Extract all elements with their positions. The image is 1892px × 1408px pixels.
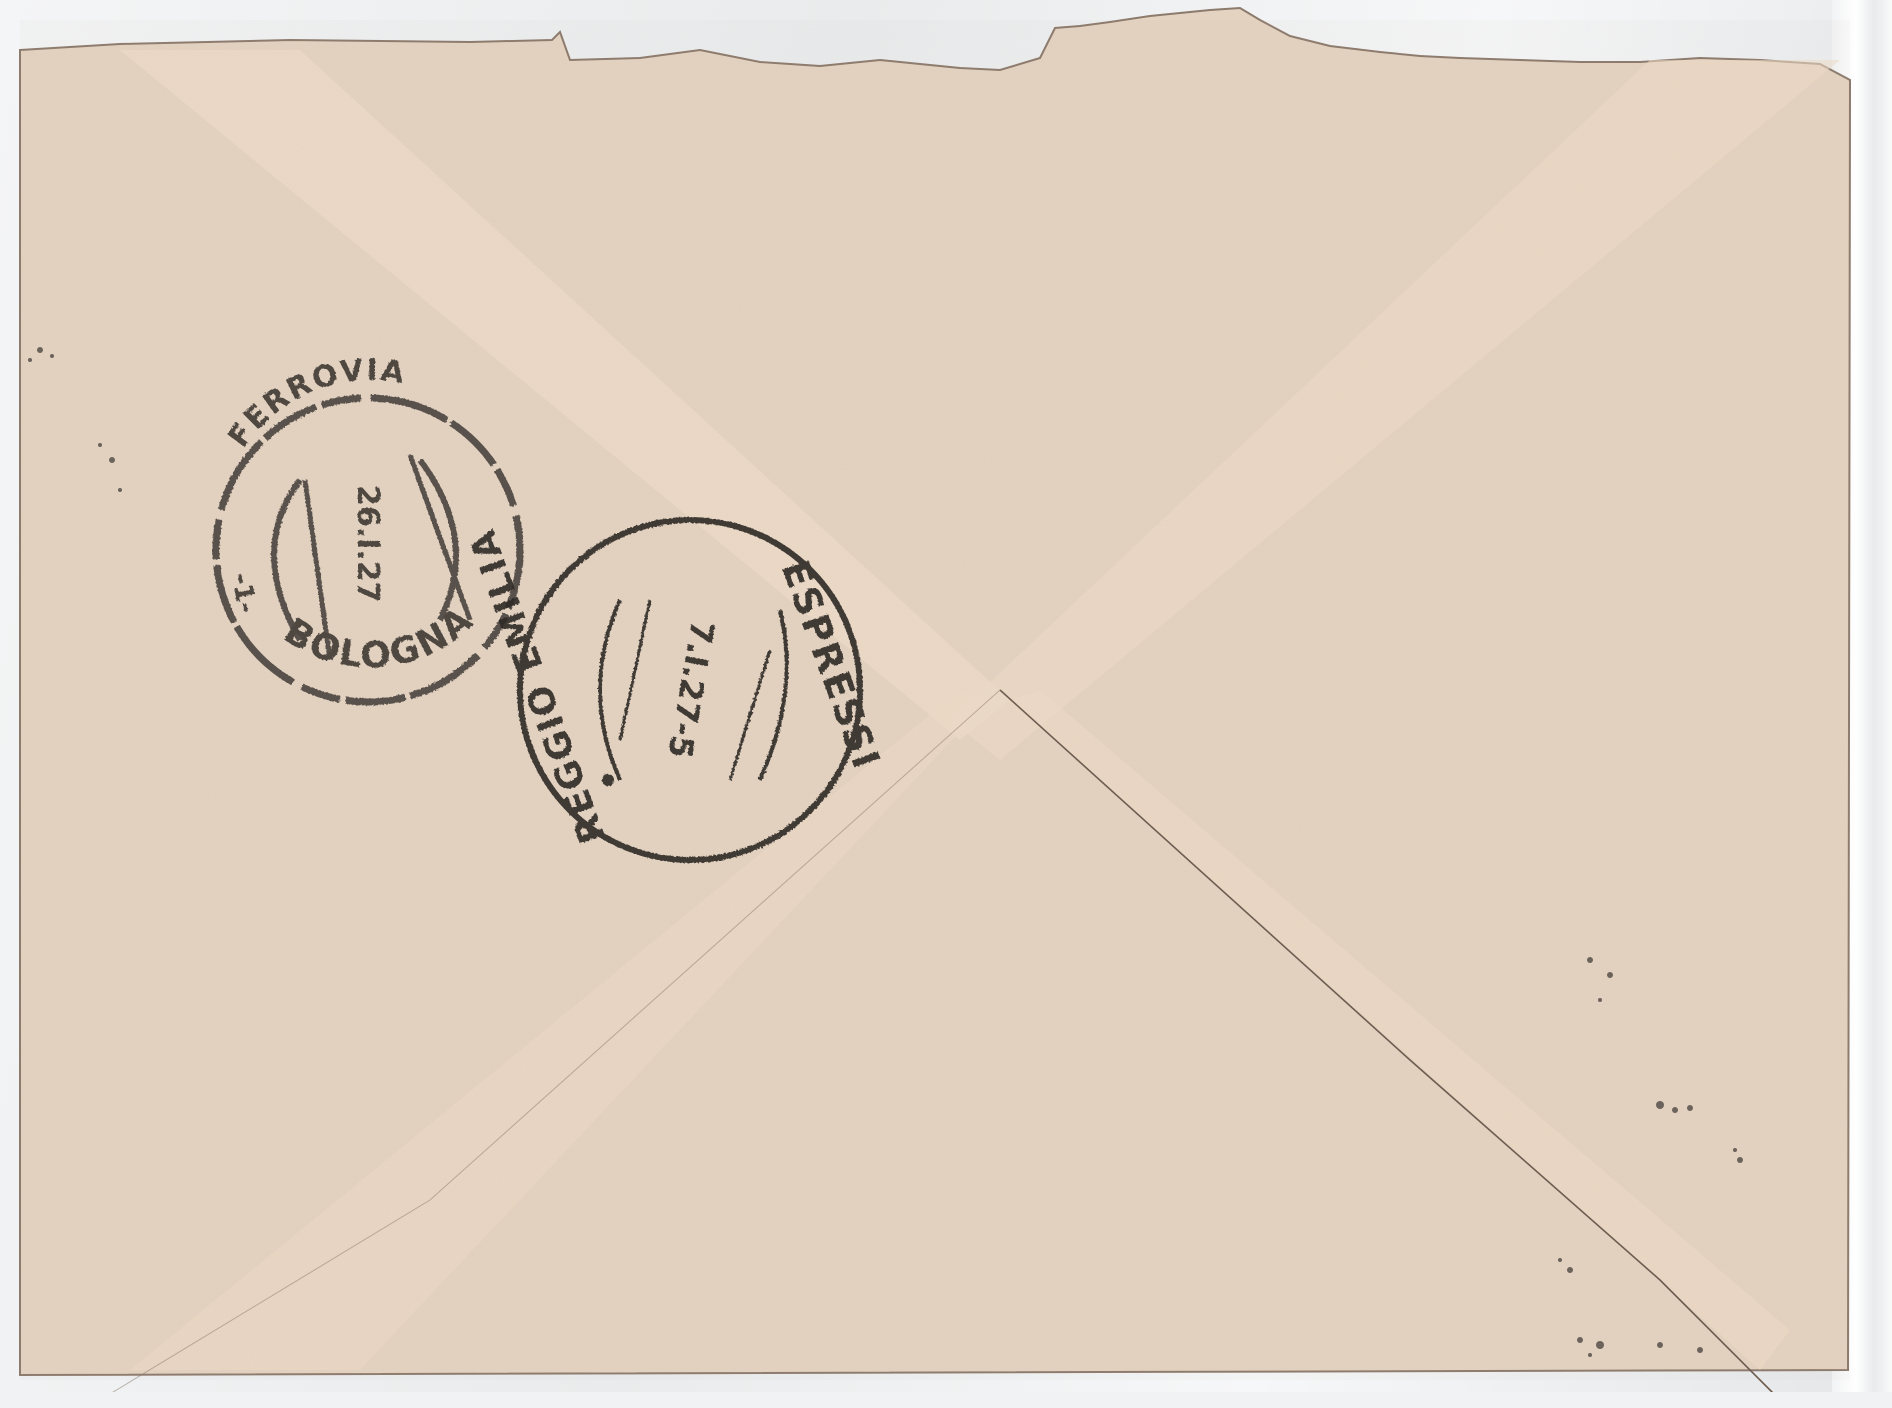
envelope-back: FERROVIA BOLOGNA 26.I.27 -1- REGGIO EMIL…: [0, 0, 1892, 1408]
postmark-bologna-date: 26.I.27: [350, 485, 385, 602]
postmark-dot: [602, 774, 614, 786]
